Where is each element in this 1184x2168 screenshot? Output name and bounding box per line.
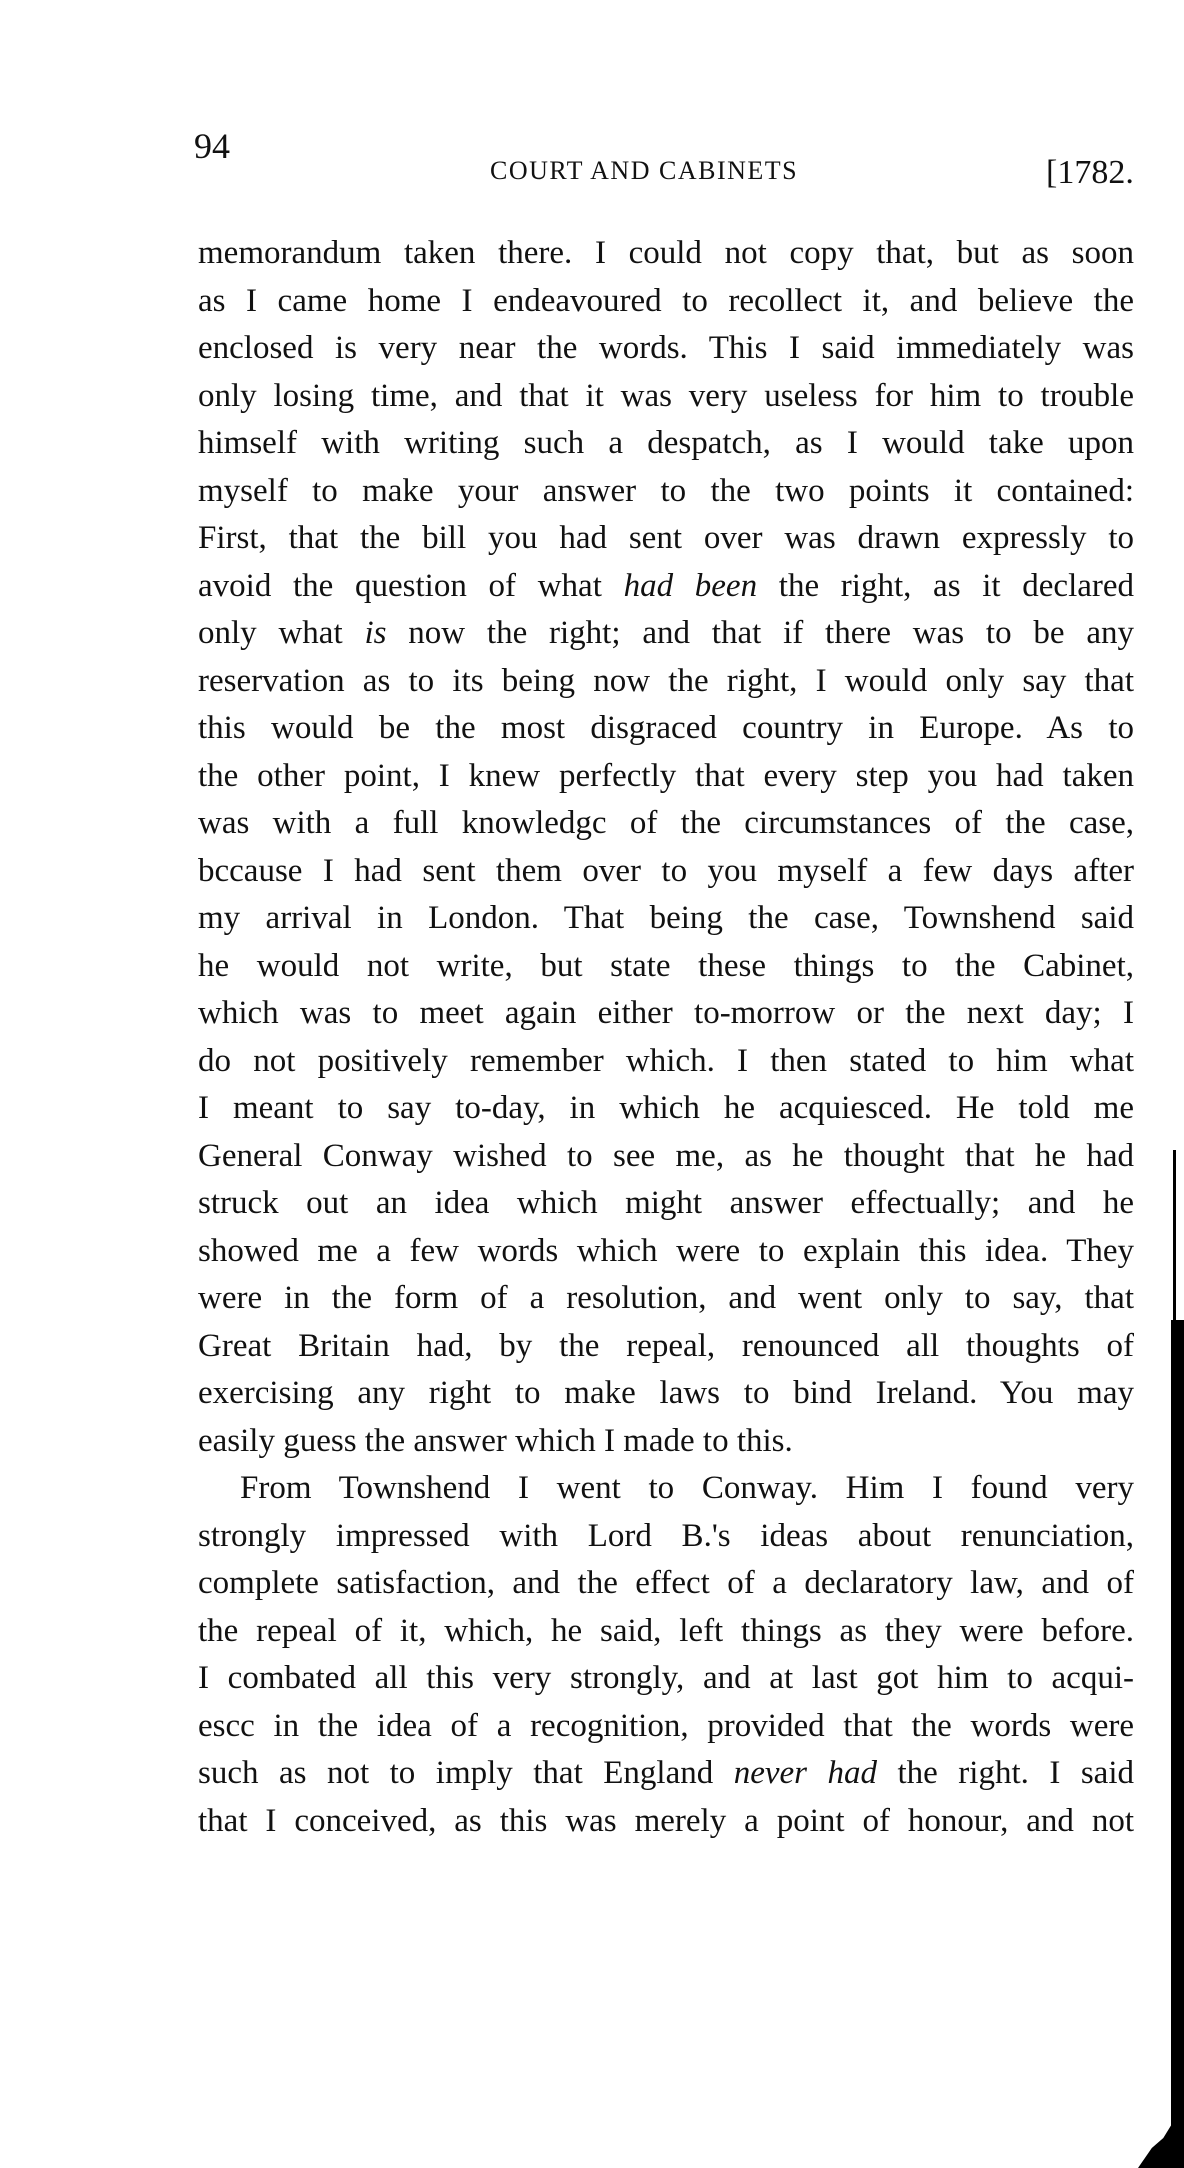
text-line: memorandum taken there. I could not copy…	[198, 230, 1134, 278]
italic-emphasis: never had	[734, 1755, 877, 1791]
text-line: only losing time, and that it was very u…	[198, 373, 1134, 421]
text-line: avoid the question of what had been the …	[198, 563, 1134, 611]
page-edge-line	[1173, 1150, 1176, 1320]
italic-emphasis: had been	[624, 568, 758, 604]
text-line: only what is now the right; and that if …	[198, 610, 1134, 658]
text-line: reservation as to its being now the righ…	[198, 658, 1134, 706]
paragraph-last-line: easily guess the answer which I made to …	[198, 1418, 1134, 1466]
text-line: First, that the bill you had sent over w…	[198, 515, 1134, 563]
text-line: such as not to imply that England never …	[198, 1750, 1134, 1798]
text-line: strongly impressed with Lord B.'s ideas …	[198, 1513, 1134, 1561]
text-line: this would be the most disgraced country…	[198, 705, 1134, 753]
body-text: memorandum taken there. I could not copy…	[198, 230, 1134, 1845]
text-segment: such as not to imply that England	[198, 1755, 734, 1791]
text-line: myself to make your answer to the two po…	[198, 468, 1134, 516]
text-line: which was to meet again either to-morrow…	[198, 990, 1134, 1038]
running-head-year: [1782.	[1046, 156, 1134, 190]
page-corner-shadow	[1138, 2118, 1184, 2168]
text-segment: avoid the question of what	[198, 568, 624, 604]
text-line: I meant to say to-day, in which he acqui…	[198, 1085, 1134, 1133]
italic-emphasis: is	[364, 615, 386, 651]
page-number: 94	[194, 128, 230, 164]
text-line: he would not write, but state these thin…	[198, 943, 1134, 991]
text-line: Great Britain had, by the repeal, renoun…	[198, 1323, 1134, 1371]
text-line: enclosed is very near the words. This I …	[198, 325, 1134, 373]
text-segment: now the right; and that if there was to …	[386, 615, 1134, 651]
paragraph-first-line: From Townshend I went to Conway. Him I f…	[198, 1465, 1134, 1513]
text-line: were in the form of a resolution, and we…	[198, 1275, 1134, 1323]
text-segment: the right. I said	[877, 1755, 1134, 1791]
text-line: complete satisfaction, and the effect of…	[198, 1560, 1134, 1608]
text-line: General Conway wished to see me, as he t…	[198, 1133, 1134, 1181]
text-line: the other point, I knew perfectly that e…	[198, 753, 1134, 801]
text-line: struck out an idea which might answer ef…	[198, 1180, 1134, 1228]
text-segment: only what	[198, 615, 364, 651]
text-line: my arrival in London. That being the cas…	[198, 895, 1134, 943]
text-line: escc in the idea of a recognition, provi…	[198, 1703, 1134, 1751]
text-line: do not positively remember which. I then…	[198, 1038, 1134, 1086]
text-line: bccause I had sent them over to you myse…	[198, 848, 1134, 896]
text-line: showed me a few words which were to expl…	[198, 1228, 1134, 1276]
text-line: I combated all this very strongly, and a…	[198, 1655, 1134, 1703]
running-head-title: COURT AND CABINETS	[490, 158, 798, 184]
text-line: the repeal of it, which, he said, left t…	[198, 1608, 1134, 1656]
page-edge-shadow	[1171, 1320, 1184, 2168]
text-line: as I came home I endeavoured to recollec…	[198, 278, 1134, 326]
text-segment: the right, as it declared	[757, 568, 1134, 604]
text-line: exercising any right to make laws to bin…	[198, 1370, 1134, 1418]
text-line: that I conceived, as this was merely a p…	[198, 1798, 1134, 1846]
text-line: himself with writing such a despatch, as…	[198, 420, 1134, 468]
text-line: was with a full knowledgc of the circums…	[198, 800, 1134, 848]
